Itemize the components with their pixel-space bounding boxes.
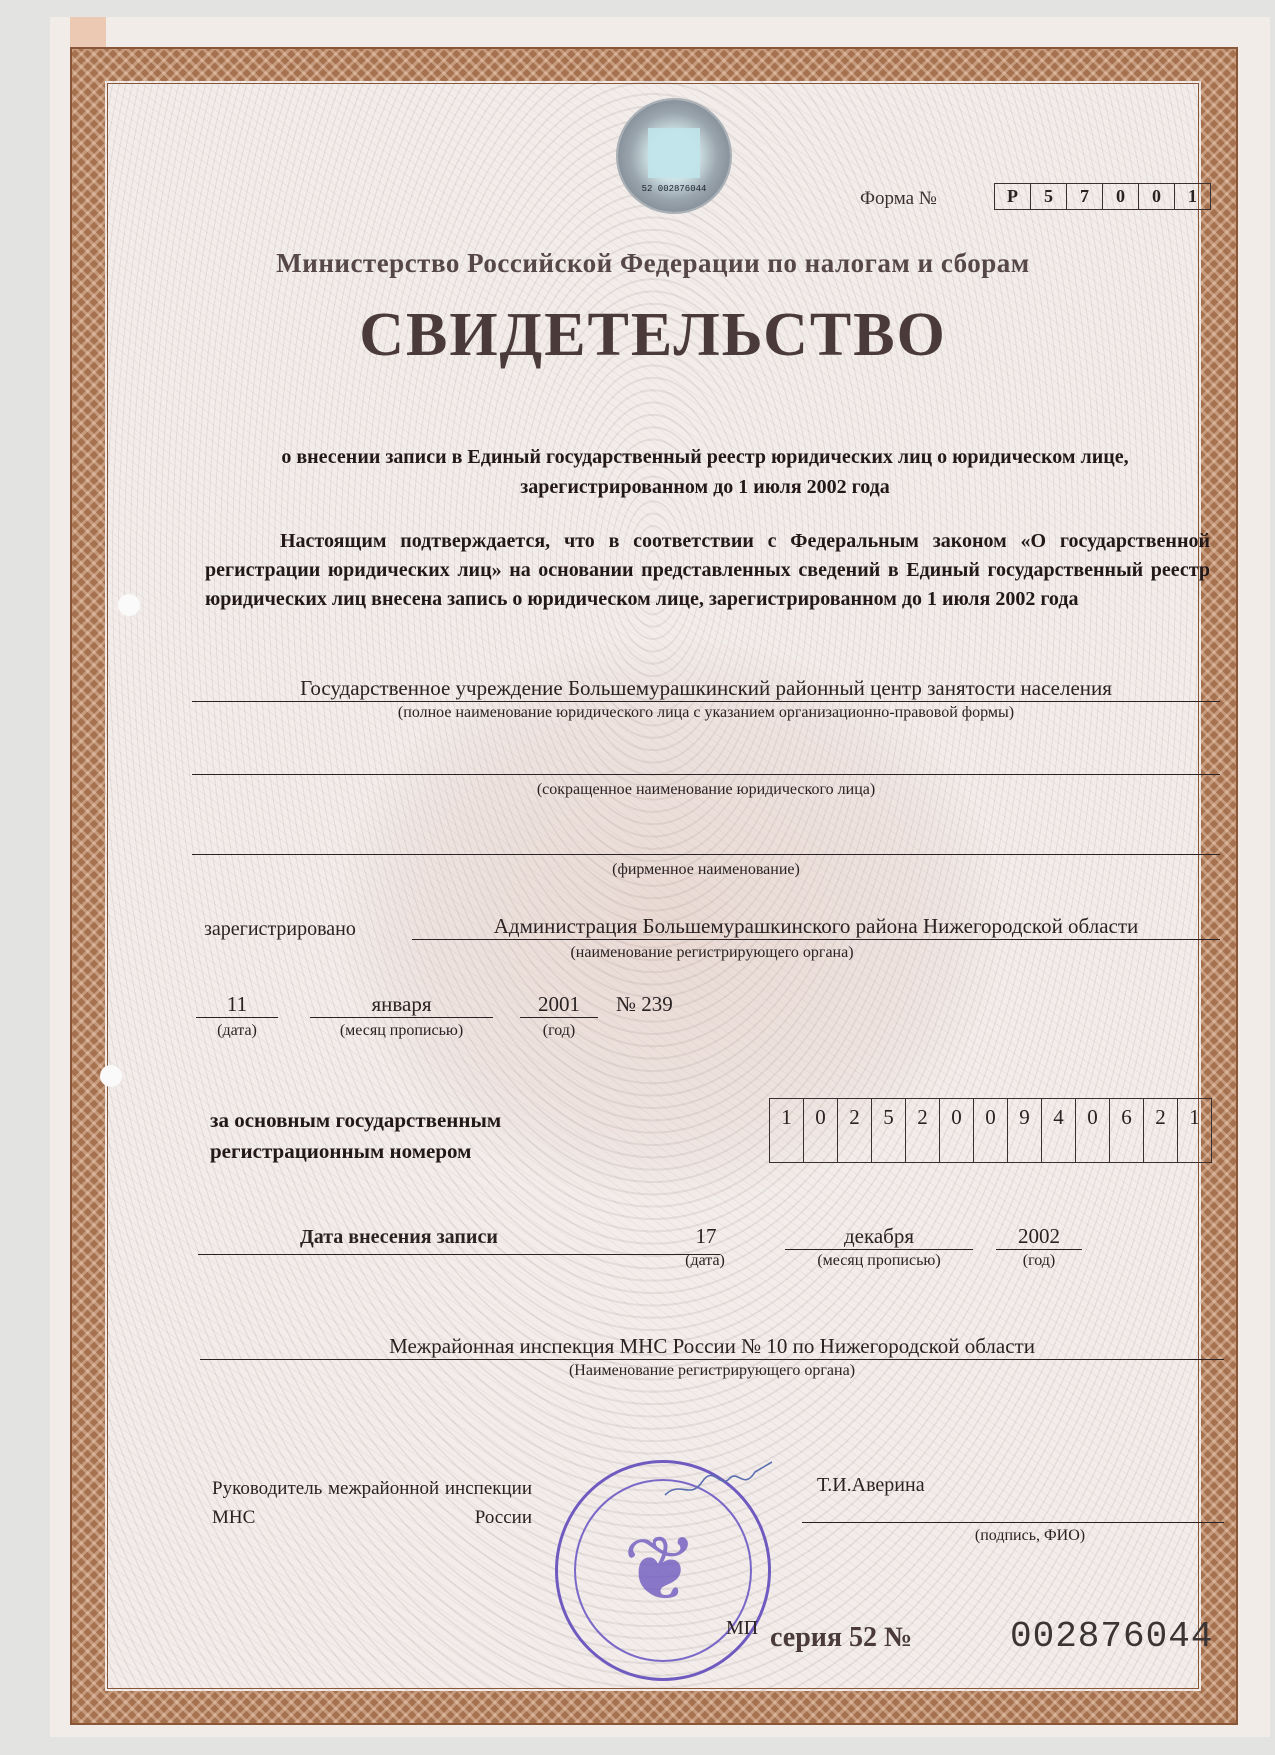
series-label: серия 52 № bbox=[770, 1622, 912, 1654]
brand-name-field bbox=[192, 830, 1220, 855]
registration-day-caption: (дата) bbox=[196, 1022, 278, 1040]
sheet-tab-decoration bbox=[70, 17, 106, 47]
entry-year-caption: (год) bbox=[996, 1252, 1082, 1270]
short-name-field bbox=[192, 750, 1220, 775]
ogrn-number-boxes: 1025200940621 bbox=[769, 1098, 1212, 1163]
registered-by-field: Администрация Большемурашкинского района… bbox=[412, 914, 1220, 940]
registered-label: зарегистрировано bbox=[204, 918, 356, 941]
authority-field: Межрайонная инспекция МНС России № 10 по… bbox=[200, 1334, 1224, 1360]
entry-day-caption: (дата) bbox=[670, 1252, 740, 1270]
double-headed-eagle-icon: ❦ bbox=[608, 1511, 713, 1629]
signature-caption: (подпись, ФИО) bbox=[900, 1527, 1160, 1545]
registered-by-caption: (наименование регистрирующего органа) bbox=[412, 944, 1012, 962]
ogrn-digit: 0 bbox=[973, 1099, 1007, 1162]
hologram-seal-icon: 52 002876044 bbox=[618, 100, 730, 212]
signer-name: Т.И.Аверина bbox=[817, 1474, 925, 1497]
form-code-boxes: Р57001 bbox=[994, 183, 1211, 210]
entry-day: 17 bbox=[676, 1224, 736, 1249]
ogrn-digit: 0 bbox=[939, 1099, 973, 1162]
registration-year-caption: (год) bbox=[520, 1022, 598, 1040]
entry-month-caption: (месяц прописью) bbox=[785, 1252, 973, 1270]
entry-year: 2002 bbox=[996, 1224, 1082, 1250]
signature-line bbox=[802, 1522, 1224, 1523]
ogrn-digit: 5 bbox=[871, 1099, 905, 1162]
stamp-place-label: МП bbox=[726, 1617, 758, 1640]
punch-hole bbox=[100, 1065, 122, 1087]
registration-year: 2001 bbox=[520, 992, 598, 1018]
document-subtitle: о внесении записи в Единый государственн… bbox=[200, 442, 1210, 502]
statement-paragraph: Настоящим подтверждается, что в соответс… bbox=[205, 527, 1210, 614]
punch-hole bbox=[118, 594, 140, 616]
document-title: СВИДЕТЕЛЬСТВО bbox=[105, 300, 1201, 371]
form-code-digit: 0 bbox=[1138, 184, 1174, 209]
form-code-digit: 7 bbox=[1066, 184, 1102, 209]
registration-month: января bbox=[310, 992, 493, 1018]
entry-date-label: Дата внесения записи bbox=[300, 1226, 498, 1249]
registration-day: 11 bbox=[196, 992, 278, 1018]
registration-month-caption: (месяц прописью) bbox=[310, 1022, 493, 1040]
ogrn-digit: 1 bbox=[1177, 1099, 1211, 1162]
handwritten-signature bbox=[660, 1460, 780, 1510]
head-position: Руководитель межрайонной инспекции МНС Р… bbox=[212, 1474, 532, 1532]
ogrn-digit: 6 bbox=[1109, 1099, 1143, 1162]
form-label: Форма № bbox=[860, 188, 937, 210]
ogrn-digit: 2 bbox=[905, 1099, 939, 1162]
entry-month: декабря bbox=[785, 1224, 973, 1250]
form-code-digit: 5 bbox=[1030, 184, 1066, 209]
ogrn-digit: 0 bbox=[1075, 1099, 1109, 1162]
entry-date-line bbox=[198, 1254, 720, 1255]
brand-name-caption: (фирменное наименование) bbox=[192, 861, 1220, 879]
ogrn-digit: 4 bbox=[1041, 1099, 1075, 1162]
form-code-digit: 1 bbox=[1174, 184, 1210, 209]
ogrn-label: за основным государственным регистрацион… bbox=[210, 1105, 501, 1167]
short-name-caption: (сокращенное наименование юридического л… bbox=[192, 781, 1220, 799]
ogrn-digit: 1 bbox=[770, 1099, 803, 1162]
ministry-name: Министерство Российской Федерации по нал… bbox=[105, 248, 1201, 279]
ogrn-digit: 2 bbox=[837, 1099, 871, 1162]
authority-caption: (Наименование регистрирующего органа) bbox=[200, 1362, 1224, 1380]
ogrn-digit: 2 bbox=[1143, 1099, 1177, 1162]
hologram-emblem bbox=[648, 128, 700, 178]
ogrn-digit: 9 bbox=[1007, 1099, 1041, 1162]
full-name-caption: (полное наименование юридического лица с… bbox=[192, 704, 1220, 722]
form-code-digit: 0 bbox=[1102, 184, 1138, 209]
full-name-field: Государственное учреждение Большемурашки… bbox=[192, 676, 1220, 702]
ogrn-label-line1: за основным государственным bbox=[210, 1105, 501, 1136]
ogrn-digit: 0 bbox=[803, 1099, 837, 1162]
ogrn-label-line2: регистрационным номером bbox=[210, 1136, 501, 1167]
form-code-digit: Р bbox=[995, 184, 1030, 209]
registration-number: № 239 bbox=[616, 992, 673, 1017]
hologram-number: 52 002876044 bbox=[618, 184, 730, 194]
serial-number: 002876044 bbox=[1010, 1616, 1213, 1657]
